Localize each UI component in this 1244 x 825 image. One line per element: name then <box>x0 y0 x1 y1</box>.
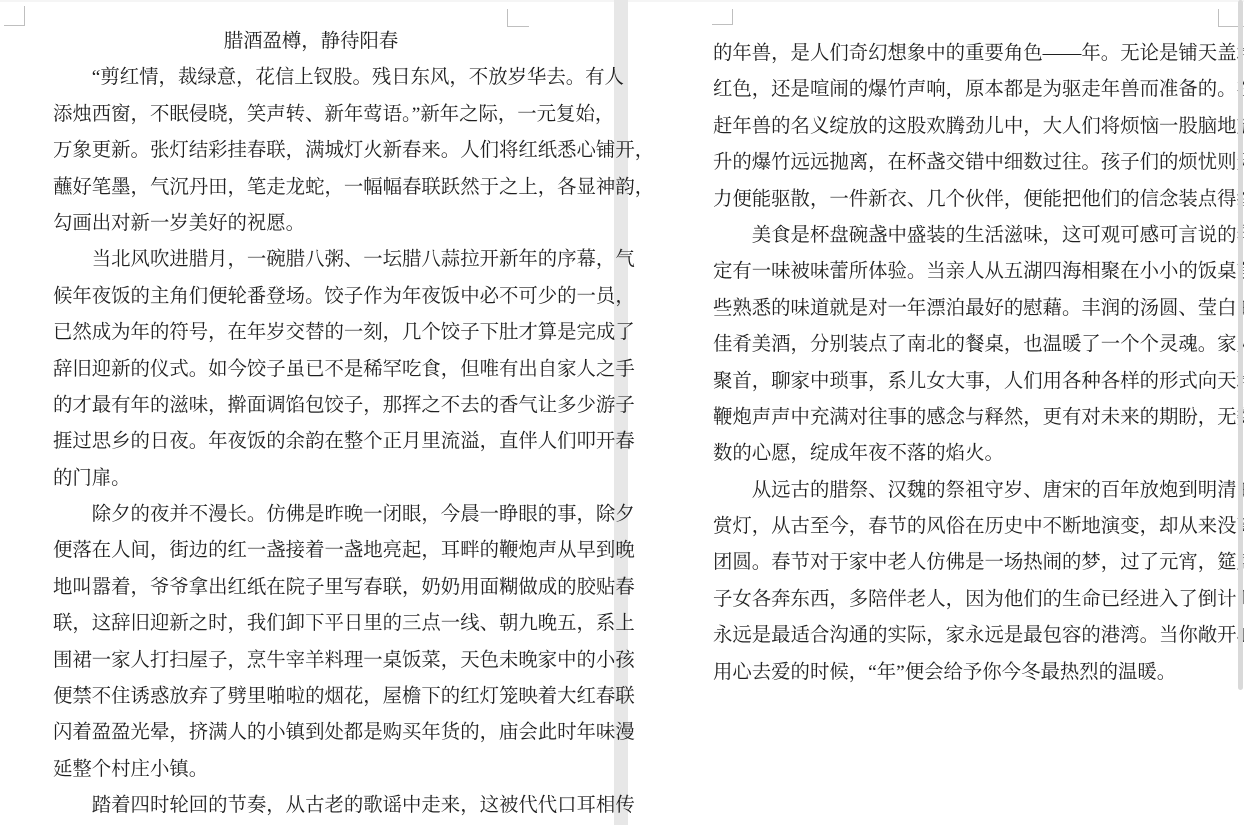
text-line[interactable]: 赶年兽的名义绽放的这股欢腾劲儿中，大人们将烦恼一股脑地放进飞 <box>713 109 1234 145</box>
text-line[interactable]: 美食是杯盘碗盏中盛装的生活滋味，这可观可感可言说的年味， <box>713 218 1234 254</box>
text-line[interactable]: 的年兽，是人们奇幻想象中的重要角色——年。无论是铺天盖地的大 <box>713 36 1234 72</box>
right-page-text-column: 的年兽，是人们奇幻想象中的重要角色——年。无论是铺天盖地的大红色，还是喧闹的爆竹… <box>713 36 1234 691</box>
text-line[interactable]: 围裙一家人打扫屋子，烹牛宰羊料理一桌饭菜，天色未晚家中的小孩 <box>53 643 569 679</box>
document-title[interactable]: 腊酒盈樽，静待阳春 <box>53 24 569 60</box>
text-line[interactable]: 便禁不住诱惑放弃了劈里啪啦的烟花，屋檐下的红灯笼映着大红春联 <box>53 679 569 715</box>
text-line[interactable]: 添烛西窗，不眠侵晓，笑声转、新年莺语。”新年之际，一元复始， <box>53 97 569 133</box>
text-line[interactable]: 赏灯，从古至今，春节的风俗在历史中不断地演变，却从来没离开过 <box>713 509 1234 545</box>
text-line[interactable]: 些熟悉的味道就是对一年漂泊最好的慰藉。丰润的汤圆、莹白的饺子、 <box>713 291 1234 327</box>
text-line[interactable]: 捱过思乡的日夜。年夜饭的余韵在整个正月里流溢，直伴人们叩开春 <box>53 424 569 460</box>
text-line[interactable]: 已然成为年的符号，在年岁交替的一刻，几个饺子下肚才算是完成了 <box>53 315 569 351</box>
text-line[interactable]: 踏着四时轮回的节奏，从古老的歌谣中走来，这被代代口耳相传 <box>53 788 569 824</box>
text-line[interactable]: 永远是最适合沟通的实际，家永远是最包容的港湾。当你敞开心扉， <box>713 618 1234 654</box>
text-line[interactable]: 升的爆竹远远抛离，在杯盏交错中细数过往。孩子们的烦忧则无需费 <box>713 145 1234 181</box>
text-line[interactable]: 便落在人间，街边的红一盏接着一盏地亮起，耳畔的鞭炮声从早到晚 <box>53 533 569 569</box>
text-line[interactable]: 蘸好笔墨，气沉丹田，笔走龙蛇，一幅幅春联跃然于之上，各显神韵， <box>53 170 569 206</box>
text-line[interactable]: 延整个村庄小镇。 <box>53 752 569 788</box>
text-line[interactable]: 子女各奔东西，多陪伴老人，因为他们的生命已经进入了倒计时。“年” <box>713 582 1234 618</box>
crop-mark-right-page-top-left <box>712 9 733 25</box>
text-line[interactable]: 定有一味被味蕾所体验。当亲人从五湖四海相聚在小小的饭桌前，那 <box>713 254 1234 290</box>
text-line[interactable]: 数的心愿，绽成年夜不落的焰火。 <box>713 436 1234 472</box>
text-line[interactable]: 候年夜饭的主角们便轮番登场。饺子作为年夜饭中必不可少的一员， <box>53 279 569 315</box>
text-line[interactable]: 除夕的夜并不漫长。仿佛是昨晚一闭眼，今晨一睁眼的事，除夕 <box>53 497 569 533</box>
text-line[interactable]: 的才最有年的滋味，擀面调馅包饺子，那挥之不去的香气让多少游子 <box>53 388 569 424</box>
text-line[interactable]: 联，这辞旧迎新之时，我们卸下平日里的三点一线、朝九晚五，系上 <box>53 606 569 642</box>
text-line[interactable]: 力便能驱散，一件新衣、几个伙伴，便能把他们的信念装点得红火。 <box>713 182 1234 218</box>
left-page-text-column: 腊酒盈樽，静待阳春 “剪红情，裁绿意，花信上钗股。残日东风，不放岁华去。有人添烛… <box>53 24 569 825</box>
text-line[interactable]: 万象更新。张灯结彩挂春联，满城灯火新春来。人们将红纸悉心铺开， <box>53 133 569 169</box>
left-page-lines: “剪红情，裁绿意，花信上钗股。残日东风，不放岁华去。有人添烛西窗，不眠侵晓，笑声… <box>53 60 569 824</box>
text-line[interactable]: “剪红情，裁绿意，花信上钗股。残日东风，不放岁华去。有人 <box>53 60 569 96</box>
text-line[interactable]: 的门扉。 <box>53 461 569 497</box>
text-line[interactable]: 聚首，聊家中琐事，系儿女大事，人们用各种各样的形式向天地祈福， <box>713 364 1234 400</box>
right-page-lines: 的年兽，是人们奇幻想象中的重要角色——年。无论是铺天盖地的大红色，还是喧闹的爆竹… <box>713 36 1234 691</box>
text-line[interactable]: 红色，还是喧闹的爆竹声响，原本都是为驱走年兽而准备的。在以驱 <box>713 72 1234 108</box>
text-line[interactable]: 地叫嚣着，爷爷拿出红纸在院子里写春联，奶奶用面糊做成的胶贴春 <box>53 570 569 606</box>
text-line[interactable]: 勾画出对新一岁美好的祝愿。 <box>53 206 569 242</box>
text-line[interactable]: 鞭炮声声中充满对往事的感念与释然，更有对未来的期盼，无数人无 <box>713 400 1234 436</box>
text-line[interactable]: 辞旧迎新的仪式。如今饺子虽已不是稀罕吃食，但唯有出自家人之手 <box>53 352 569 388</box>
crop-mark-left-page-top-left <box>4 6 25 26</box>
text-line[interactable]: 当北风吹进腊月，一碗腊八粥、一坛腊八蒜拉开新年的序幕，气 <box>53 242 569 278</box>
text-line[interactable]: 团圆。春节对于家中老人仿佛是一场热闹的梦，过了元宵，筵席一散， <box>713 545 1234 581</box>
text-line[interactable]: 用心去爱的时候，“年”便会给予你今冬最热烈的温暖。 <box>713 655 1234 691</box>
text-line[interactable]: 从远古的腊祭、汉魏的祭祖守岁、唐宋的百年放炮到明清的请神 <box>713 473 1234 509</box>
text-line[interactable]: 佳肴美酒，分别装点了南北的餐桌，也温暖了一个个灵魂。家人围炉 <box>713 327 1234 363</box>
vertical-scrollbar-thumb[interactable] <box>1238 0 1243 690</box>
text-line[interactable]: 闪着盈盈光晕，挤满人的小镇到处都是购买年货的，庙会此时年味漫 <box>53 715 569 751</box>
